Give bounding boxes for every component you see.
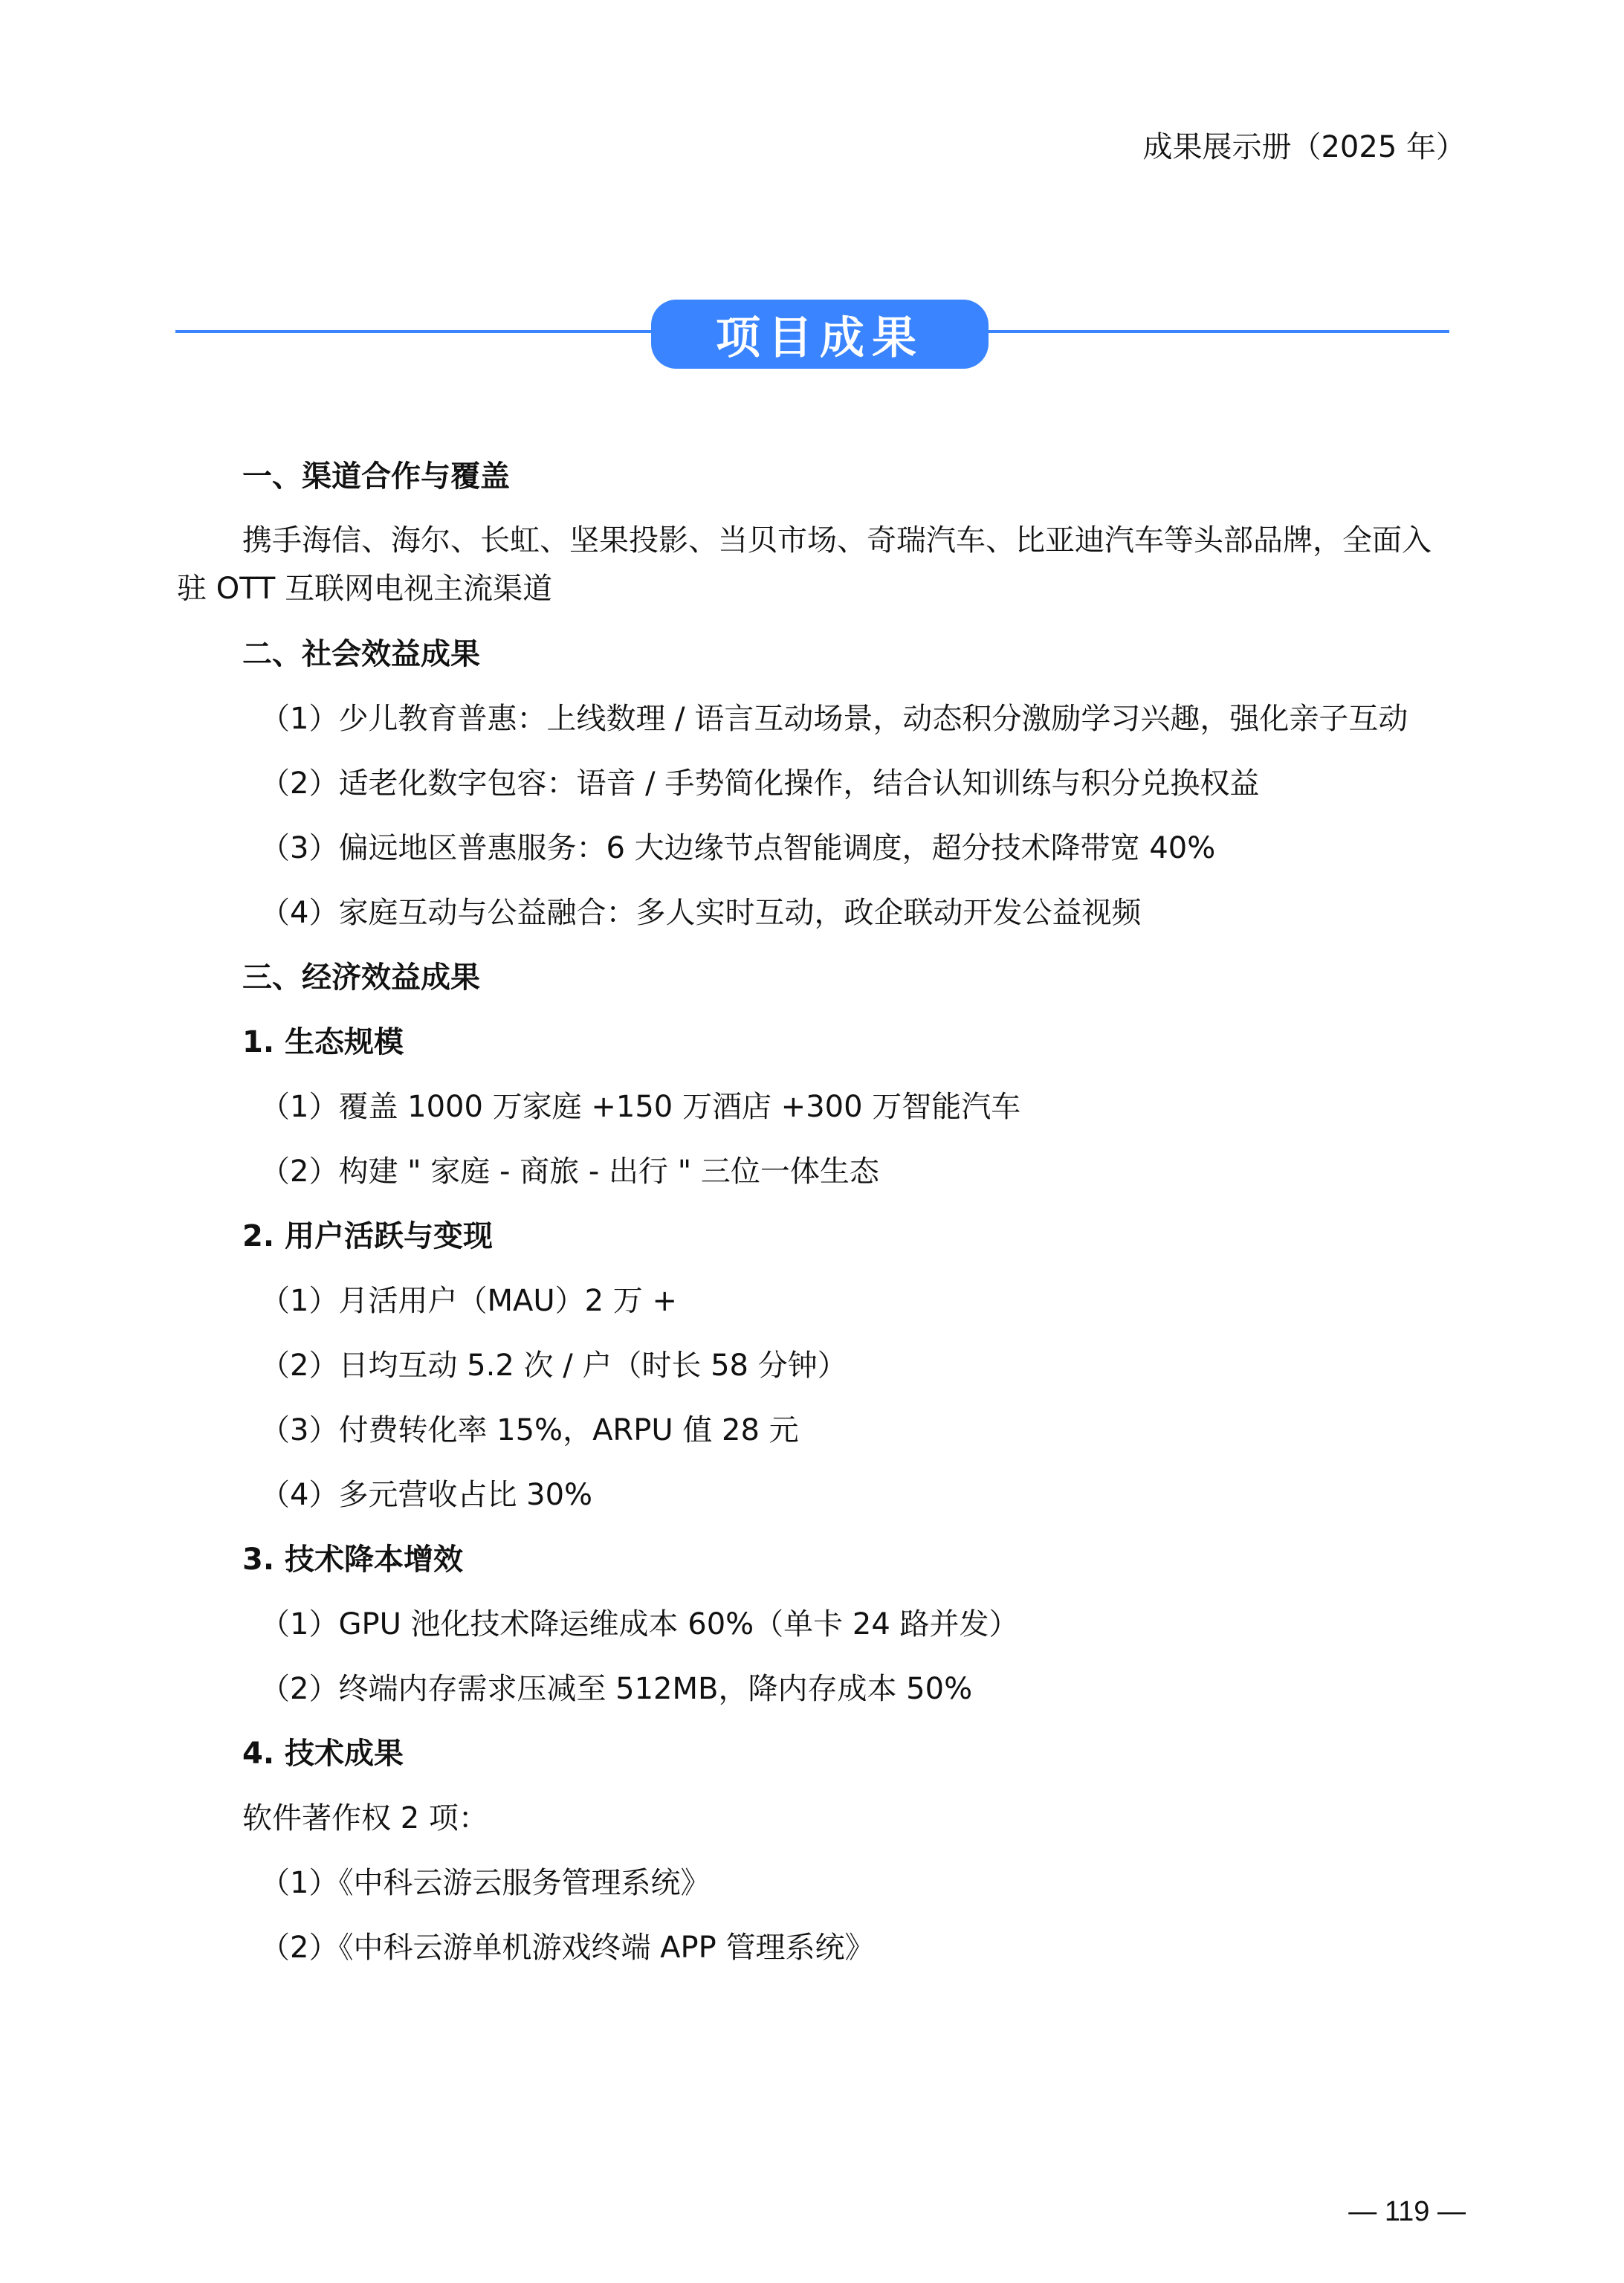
- list-item: （3）偏远地区普惠服务：6 大边缘节点智能调度，超分技术降带宽 40%: [177, 816, 1449, 881]
- list-item: （3）付费转化率 15%，ARPU 值 28 元: [177, 1398, 1449, 1463]
- subheading-tech-results: 4. 技术成果: [177, 1722, 1449, 1786]
- list-item: （1）少儿教育普惠：上线数理 / 语言互动场景，动态积分激励学习兴趣，强化亲子互…: [177, 687, 1449, 752]
- tech-results-intro: 软件著作权 2 项：: [177, 1786, 1449, 1851]
- list-item: （1）月活用户（MAU）2 万 +: [177, 1269, 1449, 1334]
- subheading-user-activity: 2. 用户活跃与变现: [177, 1204, 1449, 1269]
- section-title-text: 项目成果: [716, 303, 924, 366]
- list-item: （2）终端内存需求压减至 512MB，降内存成本 50%: [177, 1657, 1449, 1722]
- list-item: （2）日均互动 5.2 次 / 户（时长 58 分钟）: [177, 1334, 1449, 1398]
- list-item: （1）《中科云游云服务管理系统》: [177, 1851, 1449, 1916]
- list-item: （4）多元营收占比 30%: [177, 1463, 1449, 1528]
- section-title-badge: 项目成果: [651, 300, 989, 369]
- heading-channel: 一、渠道合作与覆盖: [177, 445, 1449, 509]
- heading-economic: 三、经济效益成果: [177, 946, 1449, 1010]
- subheading-ecosystem: 1. 生态规模: [177, 1010, 1449, 1075]
- paragraph-channel: 携手海信、海尔、长虹、坚果投影、当贝市场、奇瑞汽车、比亚迪汽车等头部品牌，全面入…: [177, 517, 1449, 613]
- list-item: （4）家庭互动与公益融合：多人实时互动，政企联动开发公益视频: [177, 881, 1449, 946]
- list-item: （2）适老化数字包容：语音 / 手势简化操作，结合认知训练与积分兑换权益: [177, 752, 1449, 816]
- list-item: （2）《中科云游单机游戏终端 APP 管理系统》: [177, 1916, 1449, 1980]
- title-divider-left: [175, 330, 651, 333]
- list-item: （1）GPU 池化技术降运维成本 60%（单卡 24 路并发）: [177, 1592, 1449, 1657]
- title-divider-right: [986, 330, 1449, 333]
- list-item: （2）构建 " 家庭 - 商旅 - 出行 " 三位一体生态: [177, 1140, 1449, 1204]
- heading-social: 二、社会效益成果: [177, 622, 1449, 687]
- document-body: 一、渠道合作与覆盖 携手海信、海尔、长虹、坚果投影、当贝市场、奇瑞汽车、比亚迪汽…: [177, 445, 1449, 1980]
- subheading-cost-efficiency: 3. 技术降本增效: [177, 1528, 1449, 1592]
- section-title-band: 项目成果: [175, 297, 1449, 372]
- page-number: — 119 —: [1348, 2193, 1466, 2230]
- list-item: （1）覆盖 1000 万家庭 +150 万酒店 +300 万智能汽车: [177, 1075, 1449, 1140]
- running-header: 成果展示册（2025 年）: [1142, 125, 1466, 169]
